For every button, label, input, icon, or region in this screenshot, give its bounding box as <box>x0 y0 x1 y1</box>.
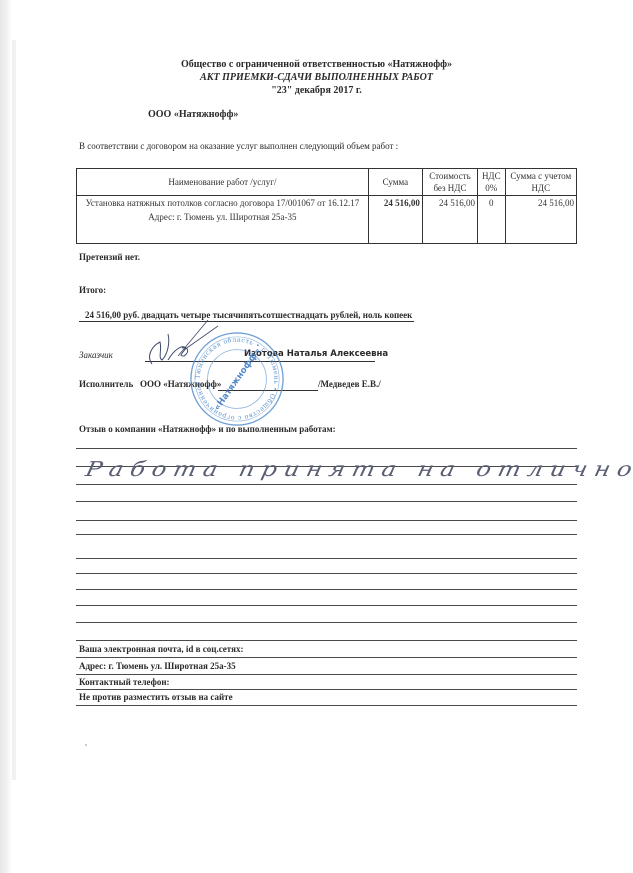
scan-edge-shadow <box>0 0 12 873</box>
review-line <box>76 501 577 502</box>
handwritten-review: Работа принята на отлично. <box>83 457 633 481</box>
table-header-row: Наименование работ /услуг/ Сумма Стоимос… <box>77 169 577 196</box>
cell-cost-without-vat: 24 516,00 <box>422 196 477 244</box>
document-title: АКТ ПРИЕМКИ-СДАЧИ ВЫПОЛНЕННЫХ РАБОТ <box>0 72 633 83</box>
review-line <box>76 448 577 449</box>
company-stamp: Тюменская область • г. Тюмень • Общество… <box>188 330 286 428</box>
work-address: Адрес: г. Тюмень ул. Широтная 25а-35 <box>79 211 366 223</box>
contact-line <box>76 689 577 690</box>
review-line <box>76 520 577 521</box>
phone-label: Контактный телефон: <box>79 677 170 687</box>
contact-line <box>76 674 577 675</box>
review-line <box>76 558 577 559</box>
col-header-vat: НДС 0% <box>478 169 506 196</box>
table-row: Установка натяжных потолков согласно дог… <box>77 196 577 244</box>
total-label: Итого: <box>79 285 106 295</box>
document-date: "23" декабря 2017 г. <box>0 85 633 96</box>
col-header-sum: Сумма <box>368 169 422 196</box>
review-line <box>76 640 577 641</box>
executor-label: Исполнитель <box>79 379 133 389</box>
stamp-center-text: «Натяжнофф» <box>212 346 263 413</box>
review-line <box>76 589 577 590</box>
address-text: Адрес: г. Тюмень ул. Широтная 25а-35 <box>79 661 236 671</box>
contact-line <box>76 657 577 658</box>
contact-line <box>76 705 577 706</box>
works-table: Наименование работ /услуг/ Сумма Стоимос… <box>76 168 577 244</box>
company-heading: Общество с ограниченной ответственностью… <box>0 59 633 70</box>
contractor-name: ООО «Натяжнофф» <box>148 109 238 120</box>
review-line <box>76 573 577 574</box>
review-line <box>76 605 577 606</box>
review-label: Отзыв о компании «Натяжнофф» и по выполн… <box>79 424 336 434</box>
no-claims-text: Претензий нет. <box>79 252 140 262</box>
review-line <box>76 484 577 485</box>
work-description: Установка натяжных потолков согласно дог… <box>79 197 366 209</box>
cell-sum: 24 516,00 <box>368 196 422 244</box>
publish-consent-text: Не против разместить отзыв на сайте <box>79 692 233 702</box>
col-header-cost-without-vat: Стоимость без НДС <box>422 169 477 196</box>
cell-vat: 0 <box>478 196 506 244</box>
col-header-sum-with-vat: Сумма с учетом НДС <box>505 169 576 196</box>
cell-sum-with-vat: 24 516,00 <box>505 196 576 244</box>
intro-text: В соответствии с договором на оказание у… <box>79 141 398 151</box>
col-header-name: Наименование работ /услуг/ <box>77 169 369 196</box>
executor-name: /Медведев Е.В./ <box>318 379 381 389</box>
customer-label: Заказчик <box>79 350 113 360</box>
scan-edge-shadow-inner <box>12 40 16 780</box>
scan-speck <box>85 744 87 746</box>
review-line <box>76 534 577 535</box>
email-label: Ваша электронная почта, id в соц.сетях: <box>79 644 243 654</box>
cell-description: Установка натяжных потолков согласно дог… <box>77 196 369 244</box>
review-line <box>76 622 577 623</box>
